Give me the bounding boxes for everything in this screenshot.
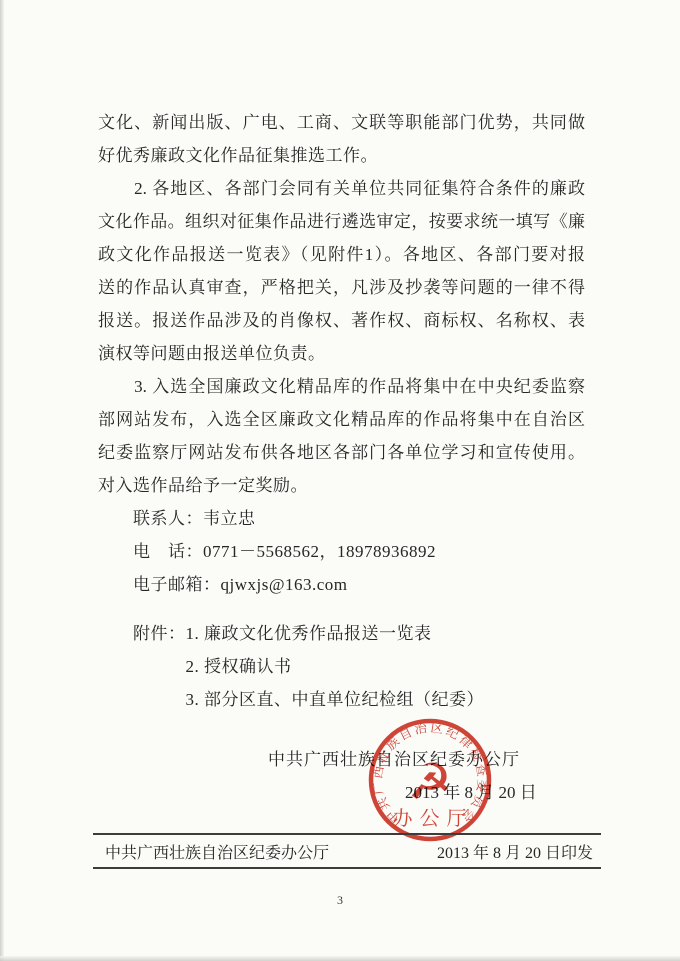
footer-print-date: 2013 年 8 月 20 日印发 [437, 840, 593, 863]
scan-edge-left [0, 0, 4, 961]
body-text-line: 纪委监察厅网站发布供各地区各部门各单位学习和宣传使用。 [98, 436, 585, 469]
attachment-line: 附件：1. 廉政文化优秀作品报送一览表 [98, 617, 585, 650]
body-paragraphs: 文化、新闻出版、广电、工商、文联等职能部门优势，共同做 好优秀廉政文化作品征集推… [98, 106, 585, 601]
page-number: 3 [0, 893, 680, 908]
body-text-line: 送的作品认真审查，严格把关，凡涉及抄袭等问题的一律不得 [98, 271, 585, 304]
body-text-line: 2. 各地区、各部门会同有关单位共同征集符合条件的廉政 [98, 172, 585, 205]
body-text-line: 电 话：0771－5568562，18978936892 [98, 535, 585, 568]
attachment-line: 2. 授权确认书 [98, 650, 585, 683]
body-text-line: 联系人：韦立忠 [98, 502, 585, 535]
body-text-line: 部网站发布，入选全区廉政文化精品库的作品将集中在自治区 [98, 403, 585, 436]
body-text-line: 对入选作品给予一定奖励。 [98, 469, 585, 502]
attachment-line: 3. 部分区直、中直单位纪检组（纪委） [98, 683, 585, 716]
hammer-and-sickle-icon: ☭ [408, 754, 453, 810]
document-body: 文化、新闻出版、广电、工商、文联等职能部门优势，共同做 好优秀廉政文化作品征集推… [98, 106, 585, 809]
body-text-line: 好优秀廉政文化作品征集推选工作。 [98, 139, 585, 172]
official-red-seal: 中共广西壮族自治区纪律检查委员会 ☭ 办公厅 [366, 716, 494, 844]
scan-edge-bottom [0, 956, 680, 961]
body-text-line: 报送。报送作品涉及的肖像权、著作权、商标权、名称权、表 [98, 304, 585, 337]
body-text-line: 3. 入选全国廉政文化精品库的作品将集中在中央纪委监察 [98, 370, 585, 403]
footer-issuer: 中共广西壮族自治区纪委办公厅 [105, 840, 329, 863]
body-text-line: 演权等问题由报送单位负责。 [98, 337, 585, 370]
body-text-line: 电子邮箱：qjwxjs@163.com [98, 568, 585, 601]
seal-bottom-text: 办公厅 [393, 807, 474, 830]
body-text-line: 文化作品。组织对征集作品进行遴选审定，按要求统一填写《廉 [98, 205, 585, 238]
body-text-line: 文化、新闻出版、广电、工商、文联等职能部门优势，共同做 [98, 106, 585, 139]
scanned-document-page: 文化、新闻出版、广电、工商、文联等职能部门优势，共同做 好优秀廉政文化作品征集推… [0, 0, 680, 961]
document-footer: 中共广西壮族自治区纪委办公厅 2013 年 8 月 20 日印发 [93, 833, 601, 869]
attachments-list: 附件：1. 廉政文化优秀作品报送一览表 2. 授权确认书 3. 部分区直、中直单… [98, 617, 585, 716]
body-text-line: 政文化作品报送一览表》（见附件1）。各地区、各部门要对报 [98, 238, 585, 271]
